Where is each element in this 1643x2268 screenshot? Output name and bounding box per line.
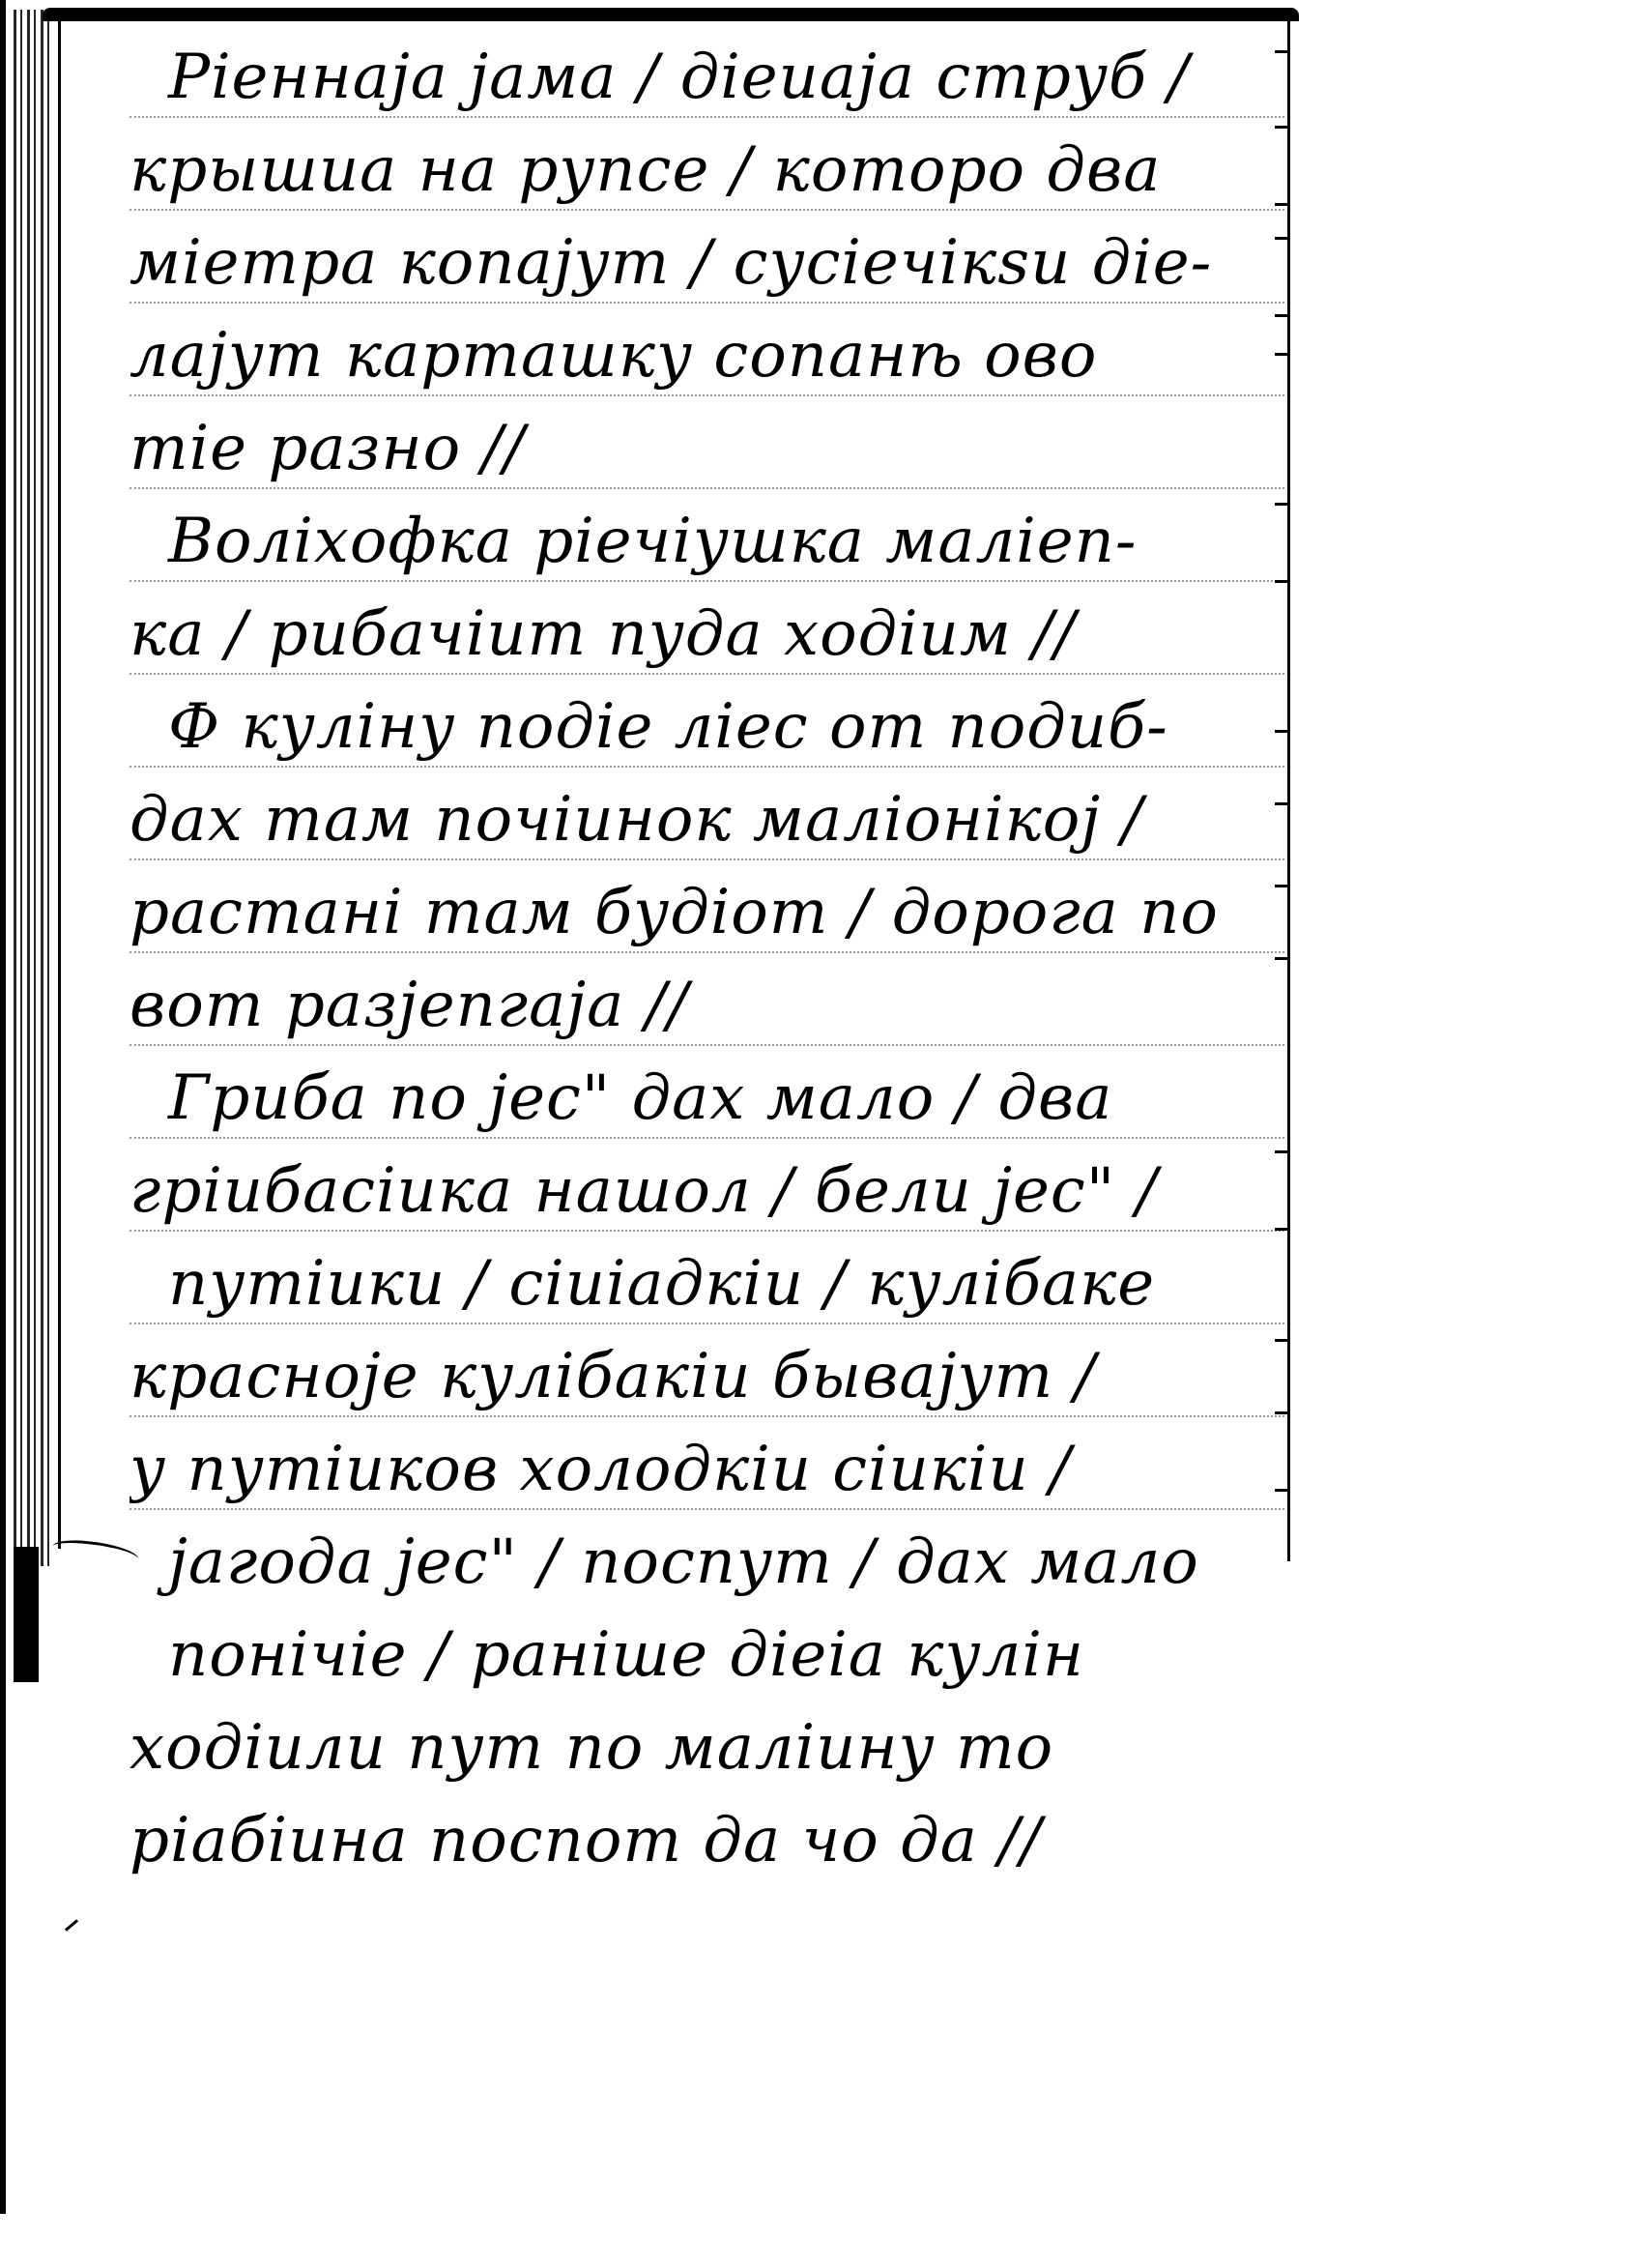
text-line: Ф кулiну подiе лiес от подиб- (130, 681, 1289, 773)
text-line: вот разјеnгаја // (130, 959, 1289, 1052)
text-line: тiе разно // (130, 402, 1289, 495)
binding-shadow (14, 1547, 39, 1682)
text-line: крышиа на рупсе / которо два (130, 124, 1289, 217)
text-line: растанi там будiот / дорога по (130, 866, 1289, 959)
text-line: Гриба по јес" дах мало / два (130, 1052, 1289, 1145)
text-line: мiетра копајут / сусiечiкsи дiе- (130, 217, 1289, 309)
text-line: красноје кулiбакiи бывајут / (130, 1330, 1289, 1423)
text-line: Волiхофка рiечiушка малiеп- (130, 495, 1289, 588)
margin-line (58, 21, 61, 1549)
notebook-page: Рiеннаја јама / дiеиаја струб / крышиа н… (14, 0, 1289, 1571)
page-top-border (43, 8, 1299, 21)
notebook-binding (14, 10, 54, 1566)
text-line: рiабiина поспот да чо да // (130, 1794, 1289, 1887)
text-line: понiчiе / ранiше дiеiа кулiн (130, 1609, 1289, 1701)
text-line: дах там почiинок малiонiкој / (130, 773, 1289, 866)
handwritten-text: Рiеннаја јама / дiеиаја струб / крышиа н… (130, 31, 1289, 1887)
text-line: Рiеннаја јама / дiеиаја струб / (130, 31, 1289, 124)
text-line: ка / рибачiит пуда ходiим // (130, 588, 1289, 681)
text-line: путiики / сiиiадкiи / кулiбаке (130, 1237, 1289, 1330)
page-corner-curl (51, 1537, 140, 1568)
text-line: грiибасiика нашол / бели јес" / (130, 1145, 1289, 1237)
scan-edge (0, 0, 6, 2214)
text-line: лајут карташку сопанѣ ово (130, 309, 1289, 402)
text-line: у путiиков холодкiи сiикiи / (130, 1423, 1289, 1516)
stray-pen-mark (65, 1919, 78, 1932)
text-line: јагода јес" / поспут / дах мало (130, 1516, 1289, 1609)
text-line: ходiили пут по малiину то (130, 1701, 1289, 1794)
